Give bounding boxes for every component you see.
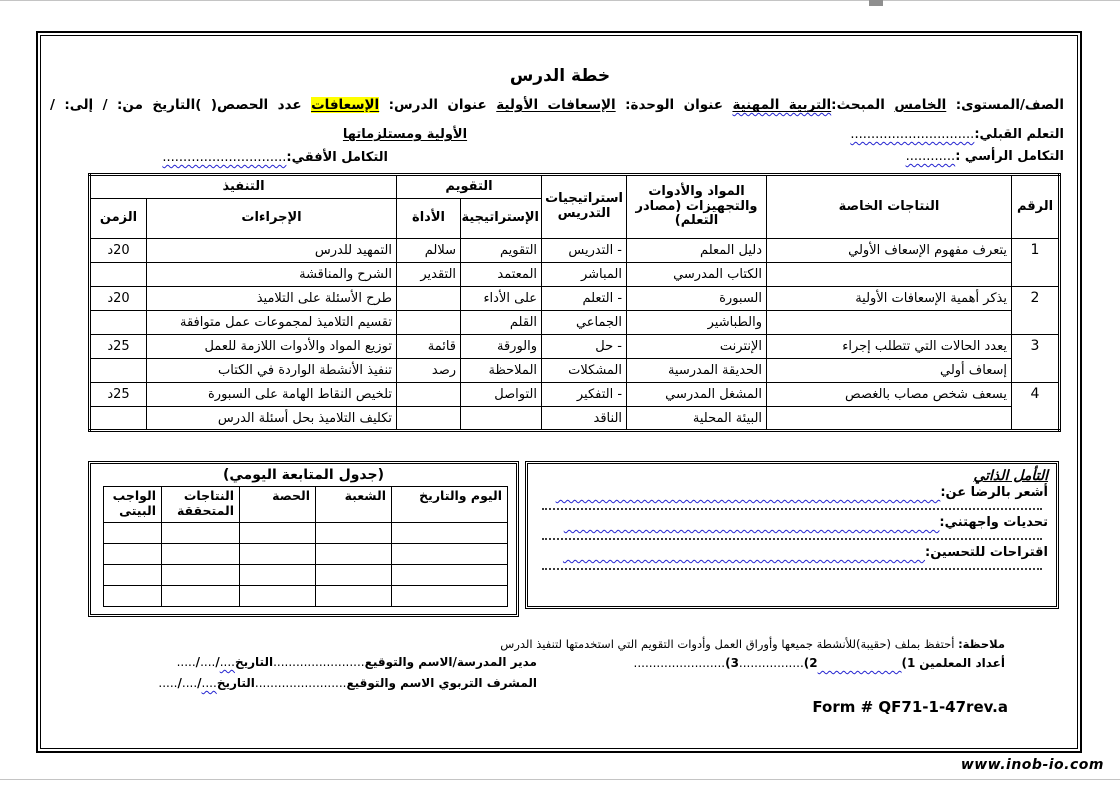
note-line: ملاحظة: أحتفظ بملف (حقيبة)للأنشطة جميعها… <box>500 637 1005 651</box>
reflection-challenges-label: تحديات واجهتني: <box>939 515 1048 530</box>
reflection-suggestions-label: اقتراحات للتحسين: <box>925 545 1048 560</box>
eval-strategy-cell: القلم <box>461 311 542 335</box>
col-header-materials: المواد والأدوات والتجهيزات (مصادر التعلم… <box>627 175 767 239</box>
time-cell <box>90 407 147 431</box>
grade-label: الصف/المستوى: <box>956 97 1064 113</box>
date-to-label: إلى: / <box>50 97 93 113</box>
strategy-cell: - التعلم <box>542 287 627 311</box>
materials-cell: والطباشير <box>627 311 767 335</box>
col-header-outcomes: النتاجات الخاصة <box>767 175 1012 239</box>
strategy-cell: المباشر <box>542 263 627 287</box>
table-row: الكتاب المدرسي المباشر المعتمد التقدير ا… <box>90 263 1060 287</box>
teachers-label: أعداد المعلمين <box>919 656 1005 670</box>
lesson-plan-table: الرقم النتاجات الخاصة المواد والأدوات وا… <box>88 173 1061 432</box>
unit-label: عنوان الوحدة: <box>625 97 723 113</box>
date-blank-3: ..... <box>158 676 177 690</box>
time-cell: 20د <box>90 239 147 263</box>
fu-empty-row <box>104 586 508 607</box>
self-reflection-box: التأمل الذاتي أشعر بالرضا عن: تحديات واج… <box>525 461 1059 609</box>
reflection-challenges-blank <box>564 515 940 530</box>
outcome-cell: يتعرف مفهوم الإسعاف الأولي <box>767 239 1012 263</box>
materials-cell: الحديقة المدرسية <box>627 359 767 383</box>
materials-cell: الإنترنت <box>627 335 767 359</box>
principal-signature-line: مدير المدرسة/الاسم والتوقيع.............… <box>177 655 537 669</box>
strategy-cell: - التدريس <box>542 239 627 263</box>
date-label: التاريخ <box>235 655 273 669</box>
principal-signature-blank: ........................ <box>273 655 365 669</box>
procedure-cell: تكليف التلاميذ بحل أسئلة الدرس <box>147 407 397 431</box>
fu-empty-row <box>104 544 508 565</box>
vertical-integration-line: التكامل الرأسي :............ <box>906 149 1064 164</box>
fu-empty-row <box>104 565 508 586</box>
reflection-satisfaction-line: أشعر بالرضا عن: <box>538 485 1048 500</box>
date-blank-1: .... <box>202 676 217 690</box>
outcome-cell: إسعاف أولي <box>767 359 1012 383</box>
table-row: البيئة المحلية الناقد تكليف التلاميذ بحل… <box>90 407 1060 431</box>
eval-tool-cell <box>397 407 461 431</box>
horizontal-integration-blank: .............................. <box>162 150 286 165</box>
scrollbar-thumb[interactable] <box>869 0 883 6</box>
vertical-integration-label: التكامل الرأسي : <box>955 149 1064 164</box>
eval-strategy-cell: المعتمد <box>461 263 542 287</box>
eval-tool-cell: قائمة <box>397 335 461 359</box>
time-cell <box>90 263 147 287</box>
col-header-execution: التنفيذ <box>90 175 397 199</box>
teacher-2-blank: ................. <box>739 656 804 670</box>
table-row: 4 يسعف شخص مصاب بالغصص المشغل المدرسي - … <box>90 383 1060 407</box>
col-header-procedures: الإجراءات <box>147 199 397 239</box>
time-cell <box>90 359 147 383</box>
time-cell: 25د <box>90 335 147 359</box>
date-blank-2: .... <box>182 676 197 690</box>
eval-tool-cell: سلالم <box>397 239 461 263</box>
col-header-eval-strategy: الإستراتيجية <box>461 199 542 239</box>
time-cell <box>90 311 147 335</box>
date-label: التاريخ <box>217 676 255 690</box>
eval-strategy-cell: التواصل <box>461 383 542 407</box>
table-row: 2 يذكر أهمية الإسعافات الأولية السبورة -… <box>90 287 1060 311</box>
supervisor-label: المشرف التربوي الاسم والتوقيع <box>346 676 537 690</box>
row-number: 3 <box>1012 335 1060 383</box>
unit-value: الإسعافات الأولية <box>496 97 615 113</box>
row-number: 1 <box>1012 239 1060 287</box>
subject-value: التربية المهنية <box>732 97 831 113</box>
procedure-cell: تنفيذ الأنشطة الواردة في الكتاب <box>147 359 397 383</box>
reflection-suggestions-blank <box>563 545 925 560</box>
outcome-cell <box>767 311 1012 335</box>
row-number: 4 <box>1012 383 1060 431</box>
reflection-suggestions-line: اقتراحات للتحسين: <box>538 545 1048 560</box>
daily-followup-box: (جدول المتابعة اليومي) اليوم والتاريخ ال… <box>88 461 519 617</box>
note-label: ملاحظة: <box>958 637 1005 651</box>
procedure-cell: توزيع المواد والأدوات اللازمة للعمل <box>147 335 397 359</box>
grade-value: الخامس <box>894 97 946 113</box>
time-cell: 20د <box>90 287 147 311</box>
strategy-cell: - التفكير <box>542 383 627 407</box>
reflection-satisfaction-blank <box>556 485 941 500</box>
table-row: 3 يعدد الحالات التي تتطلب إجراء الإنترنت… <box>90 335 1060 359</box>
procedure-cell: تلخيص النقاط الهامة على السبورة <box>147 383 397 407</box>
teacher-3-number: 3) <box>725 656 739 670</box>
eval-strategy-cell: على الأداء <box>461 287 542 311</box>
page-title: خطة الدرس <box>0 66 1120 86</box>
dotted-rule <box>542 567 1042 570</box>
table-row: والطباشير الجماعي القلم تقسيم التلاميذ ل… <box>90 311 1060 335</box>
strategy-cell: الناقد <box>542 407 627 431</box>
row-number: 2 <box>1012 287 1060 335</box>
eval-tool-cell <box>397 311 461 335</box>
col-header-time: الزمن <box>90 199 147 239</box>
daily-followup-table: اليوم والتاريخ الشعبة الحصة النتاجات الم… <box>103 486 508 607</box>
materials-cell: دليل المعلم <box>627 239 767 263</box>
outcome-cell: يسعف شخص مصاب بالغصص <box>767 383 1012 407</box>
prior-learning-line: التعلم القبلي:..........................… <box>850 127 1064 142</box>
daily-followup-title: (جدول المتابعة اليومي) <box>91 467 516 483</box>
fu-col-day: اليوم والتاريخ <box>392 487 508 523</box>
eval-tool-cell: رصد <box>397 359 461 383</box>
strategy-cell: الجماعي <box>542 311 627 335</box>
col-header-number: الرقم <box>1012 175 1060 239</box>
teacher-2-number: 2) <box>804 656 818 670</box>
eval-tool-cell: التقدير <box>397 263 461 287</box>
outcome-cell <box>767 407 1012 431</box>
procedure-cell: طرح الأسئلة على التلاميذ <box>147 287 397 311</box>
dotted-rule <box>542 537 1042 540</box>
lesson-info-line: الصف/المستوى: الخامس المبحث:التربية المه… <box>50 97 1064 113</box>
outcome-cell <box>767 263 1012 287</box>
teacher-1-blank <box>818 656 902 670</box>
materials-cell: المشغل المدرسي <box>627 383 767 407</box>
outcome-cell: يذكر أهمية الإسعافات الأولية <box>767 287 1012 311</box>
supervisor-signature-line: المشرف التربوي الاسم والتوقيع...........… <box>158 676 537 690</box>
procedure-cell: التمهيد للدرس <box>147 239 397 263</box>
col-header-strategies: استراتيجيات التدريس <box>542 175 627 239</box>
eval-tool-cell <box>397 287 461 311</box>
eval-strategy-cell: الملاحظة <box>461 359 542 383</box>
prior-learning-label: التعلم القبلي: <box>974 127 1064 142</box>
eval-strategy-cell <box>461 407 542 431</box>
col-header-evaluation: التقويم <box>397 175 542 199</box>
time-cell: 25د <box>90 383 147 407</box>
col-header-eval-tool: الأداة <box>397 199 461 239</box>
teachers-line: أعداد المعلمين 1) 2).................3).… <box>634 656 1005 670</box>
eval-tool-cell <box>397 383 461 407</box>
teacher-1-number: 1) <box>902 656 916 670</box>
horizontal-integration-label: التكامل الأفقي: <box>286 150 388 165</box>
table-row: إسعاف أولي الحديقة المدرسية المشكلات الم… <box>90 359 1060 383</box>
date-from-label: التاريخ من: / <box>103 97 196 113</box>
lesson-value-continuation: الأولية ومستلزماتها <box>340 127 470 142</box>
form-code: Form # QF71-1-47rev.a <box>812 698 1008 716</box>
fu-col-outcomes: النتاجات المتحققة <box>162 487 240 523</box>
lesson-plan-document: { "colors": { "highlight": "#ffff00", "s… <box>0 0 1120 788</box>
subject-label: المبحث: <box>831 97 885 113</box>
reflection-challenges-line: تحديات واجهتني: <box>538 515 1048 530</box>
materials-cell: البيئة المحلية <box>627 407 767 431</box>
self-reflection-title: التأمل الذاتي <box>538 468 1048 484</box>
fu-col-homework: الواجب البيتى <box>104 487 162 523</box>
strategy-cell: المشكلات <box>542 359 627 383</box>
watermark-url: www.inob-io.com <box>961 757 1104 773</box>
date-blank-3: ..... <box>177 655 196 669</box>
bottom-hairline <box>0 779 1120 780</box>
strategy-cell: - حل <box>542 335 627 359</box>
fu-col-section: الشعبة <box>316 487 392 523</box>
prior-learning-blank: .............................. <box>850 127 974 142</box>
principal-label: مدير المدرسة/الاسم والتوقيع <box>365 655 537 669</box>
reflection-satisfaction-label: أشعر بالرضا عن: <box>940 485 1048 500</box>
periods-label: عدد الحصص( ) <box>195 97 301 113</box>
vertical-integration-blank: ............ <box>906 149 956 164</box>
lesson-label: عنوان الدرس: <box>389 97 487 113</box>
dotted-rule <box>542 507 1042 510</box>
procedure-cell: الشرح والمناقشة <box>147 263 397 287</box>
table-row: 1 يتعرف مفهوم الإسعاف الأولي دليل المعلم… <box>90 239 1060 263</box>
horizontal-integration-line: التكامل الأفقي:.........................… <box>162 150 388 165</box>
date-blank-2: .... <box>200 655 215 669</box>
teacher-3-blank: ........................ <box>634 656 726 670</box>
note-text: أحتفظ بملف (حقيبة)للأنشطة جميعها وأوراق … <box>500 637 954 651</box>
fu-empty-row <box>104 523 508 544</box>
supervisor-signature-blank: ........................ <box>255 676 347 690</box>
top-hairline <box>0 0 1120 1</box>
eval-strategy-cell: التقويم <box>461 239 542 263</box>
materials-cell: الكتاب المدرسي <box>627 263 767 287</box>
date-blank-1: .... <box>220 655 235 669</box>
fu-col-period: الحصة <box>240 487 316 523</box>
outcome-cell: يعدد الحالات التي تتطلب إجراء <box>767 335 1012 359</box>
eval-strategy-cell: والورقة <box>461 335 542 359</box>
materials-cell: السبورة <box>627 287 767 311</box>
lesson-value-highlighted: الإسعافات <box>311 97 379 113</box>
procedure-cell: تقسيم التلاميذ لمجموعات عمل متوافقة <box>147 311 397 335</box>
